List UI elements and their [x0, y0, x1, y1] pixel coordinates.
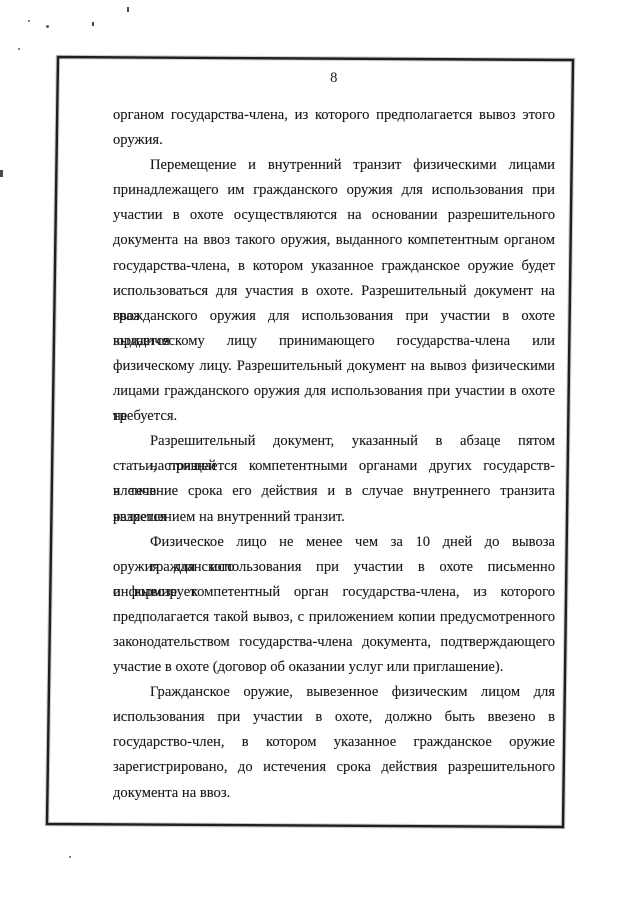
text-line: участие в охоте (договор об оказании усл…	[113, 655, 555, 680]
text-line: использоваться для участия в охоте. Разр…	[113, 279, 555, 304]
text-line: государства-члена, в котором указанное г…	[113, 254, 555, 279]
text-line: Перемещение и внутренний транзит физичес…	[113, 153, 555, 178]
text-line: лицами гражданского оружия для использов…	[113, 379, 555, 404]
document-paragraphs: органом государства-члена, из которого п…	[113, 103, 555, 806]
page-number: 8	[113, 66, 555, 91]
paragraph: Перемещение и внутренний транзит физичес…	[113, 153, 555, 429]
text-line: юридическому лицу принимающего государст…	[113, 329, 555, 354]
text-line: зарегистрировано, до истечения срока дей…	[113, 755, 555, 780]
text-line: использования при участии в охоте, должн…	[113, 705, 555, 730]
scanned-document-page: 8 органом государства-члена, из которого…	[0, 0, 640, 905]
text-line: предполагается такой вывоз, с приложение…	[113, 605, 555, 630]
text-line: законодательством государства-члена доку…	[113, 630, 555, 655]
text-line: Гражданское оружие, вывезенное физически…	[113, 680, 555, 705]
paragraph: органом государства-члена, из которого п…	[113, 103, 555, 153]
text-line: оружия для использования при участии в о…	[113, 555, 555, 580]
paragraph: Разрешительный документ, указанный в абз…	[113, 429, 555, 529]
paragraph: Гражданское оружие, вывезенное физически…	[113, 680, 555, 805]
text-line: государство-член, в котором указанное гр…	[113, 730, 555, 755]
text-line: документа на ввоз такого оружия, выданно…	[113, 228, 555, 253]
text-line: органом государства-члена, из которого п…	[113, 103, 555, 128]
text-line: о вывозе компетентный орган государства-…	[113, 580, 555, 605]
text-line: принадлежащего им гражданского оружия дл…	[113, 178, 555, 203]
text-line: в течение срока его действия и в случае …	[113, 479, 555, 504]
text-line: документа на ввоз.	[113, 781, 555, 806]
paragraph: Физическое лицо не менее чем за 10 дней …	[113, 530, 555, 681]
text-line: оружия.	[113, 128, 555, 153]
text-line: требуется.	[113, 404, 555, 429]
text-line: Разрешительный документ, указанный в абз…	[113, 429, 555, 454]
text-line: разрешением на внутренний транзит.	[113, 505, 555, 530]
text-line: участии в охоте осуществляются на основа…	[113, 203, 555, 228]
text-line: физическому лицу. Разрешительный докумен…	[113, 354, 555, 379]
text-line: гражданского оружия для использования пр…	[113, 304, 555, 329]
text-line: Физическое лицо не менее чем за 10 дней …	[113, 530, 555, 555]
document-text-block: 8 органом государства-члена, из которого…	[113, 66, 555, 806]
text-line: статьи, признается компетентными органам…	[113, 454, 555, 479]
